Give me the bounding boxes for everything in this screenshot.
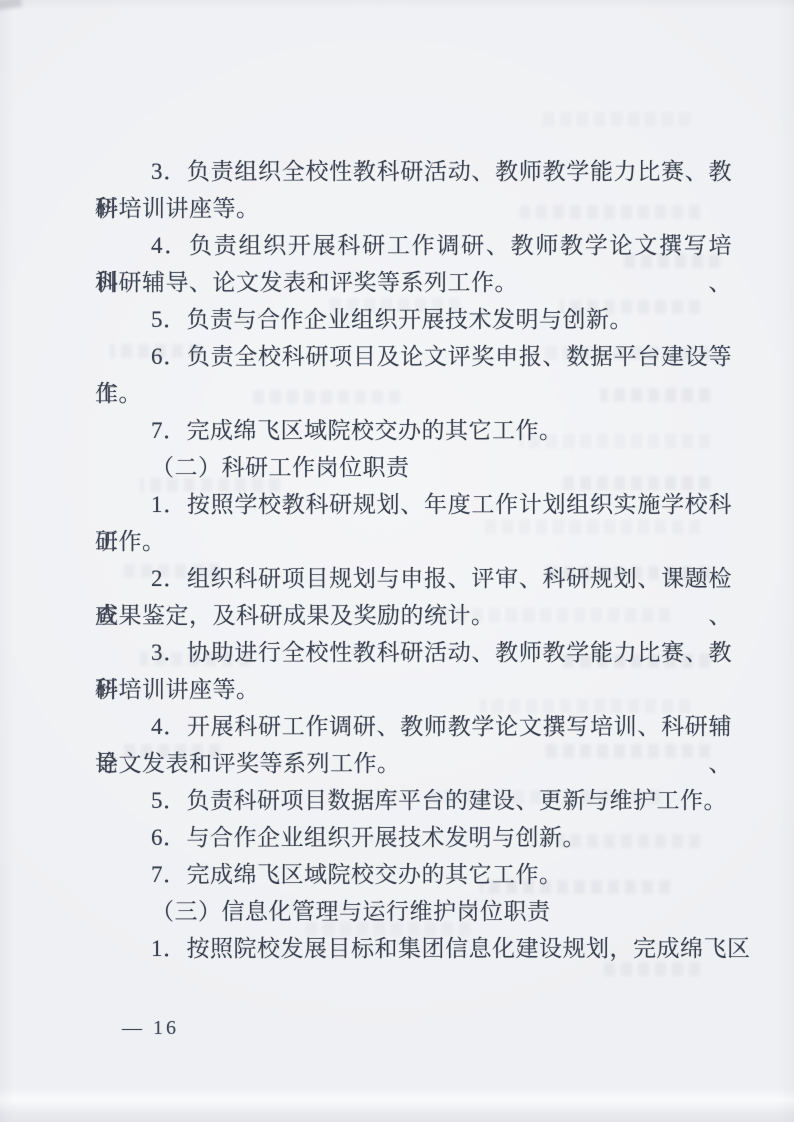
list-item-line: 5．负责与合作企业组织开展技术发明与创新。 (95, 301, 732, 338)
list-item-line: 6．负责全校科研项目及论文评奖申报、数据平台建设等工 (95, 338, 732, 375)
list-item-line: 研培训讲座等。 (95, 190, 732, 227)
list-item-line: 工作。 (95, 523, 732, 560)
section-heading-line: （二）科研工作岗位职责 (95, 449, 732, 486)
list-item-line: 研培训讲座等。 (95, 671, 732, 708)
document-body: 3．负责组织全校性教科研活动、教师教学能力比赛、教科研培训讲座等。4．负责组织开… (95, 153, 732, 967)
list-item-line: 2．组织科研项目规划与申报、评审、科研规划、课题检查、 (95, 560, 732, 597)
list-item-line: 4．负责组织开展科研工作调研、教师教学论文撰写培训、 (95, 227, 732, 264)
list-item-line: 1．按照院校发展目标和集团信息化建设规划，完成绵飞区 (95, 930, 732, 967)
list-item-line: 3．负责组织全校性教科研活动、教师教学能力比赛、教科 (95, 153, 732, 190)
list-item-line: 5．负责科研项目数据库平台的建设、更新与维护工作。 (95, 782, 732, 819)
page-number: — 16 (122, 1013, 179, 1043)
section-heading-line: （三）信息化管理与运行维护岗位职责 (95, 893, 732, 930)
bleed-through-artifact (540, 112, 690, 126)
list-item-line: 4．开展科研工作调研、教师教学论文撰写培训、科研辅导、 (95, 708, 732, 745)
list-item-line: 1．按照学校教科研规划、年度工作计划组织实施学校科研 (95, 486, 732, 523)
list-item-line: 6．与合作企业组织开展技术发明与创新。 (95, 819, 732, 856)
list-item-line: 作。 (95, 375, 732, 412)
scan-corner-artifact (0, 0, 22, 10)
list-item-line: 3．协助进行全校性教科研活动、教师教学能力比赛、教科 (95, 634, 732, 671)
scanned-document-page: 3．负责组织全校性教科研活动、教师教学能力比赛、教科研培训讲座等。4．负责组织开… (0, 0, 794, 1122)
list-item-line: 7．完成绵飞区域院校交办的其它工作。 (95, 856, 732, 893)
list-item-line: 7．完成绵飞区域院校交办的其它工作。 (95, 412, 732, 449)
